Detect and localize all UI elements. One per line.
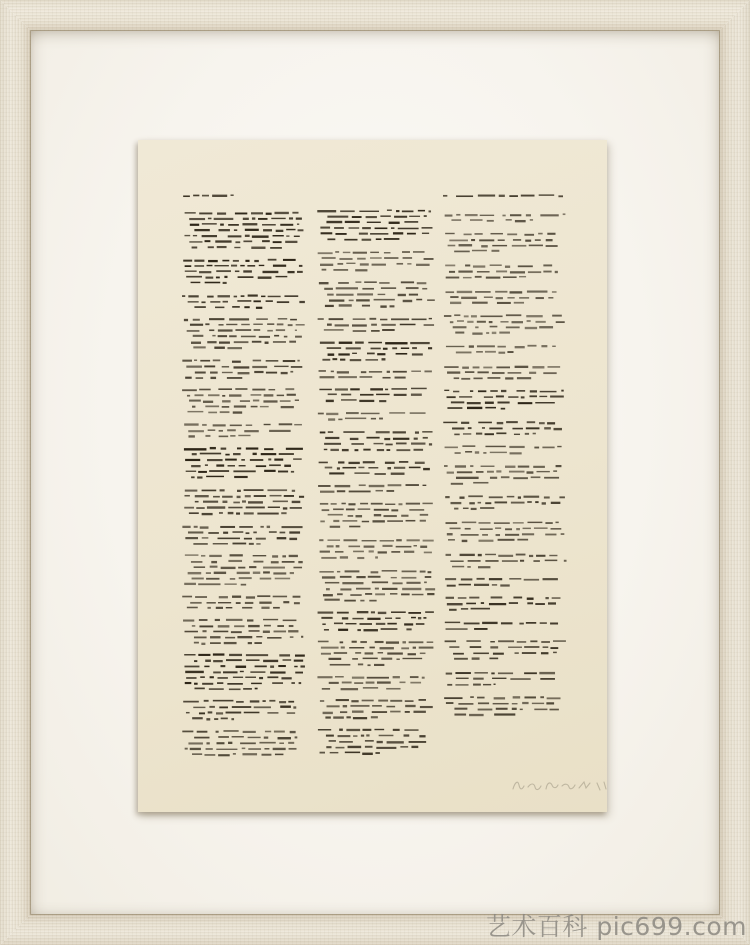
artwork-paper (138, 140, 607, 812)
artwork-dash-columns (138, 140, 607, 812)
frame-right-rail (719, 0, 750, 945)
frame-left-rail (0, 0, 31, 945)
watermark-text: 艺术百科 pic699.com (486, 914, 747, 939)
artist-signature (506, 774, 618, 798)
framed-artwork-photo: 艺术百科 pic699.com (0, 0, 750, 945)
frame-top-rail (0, 0, 750, 31)
